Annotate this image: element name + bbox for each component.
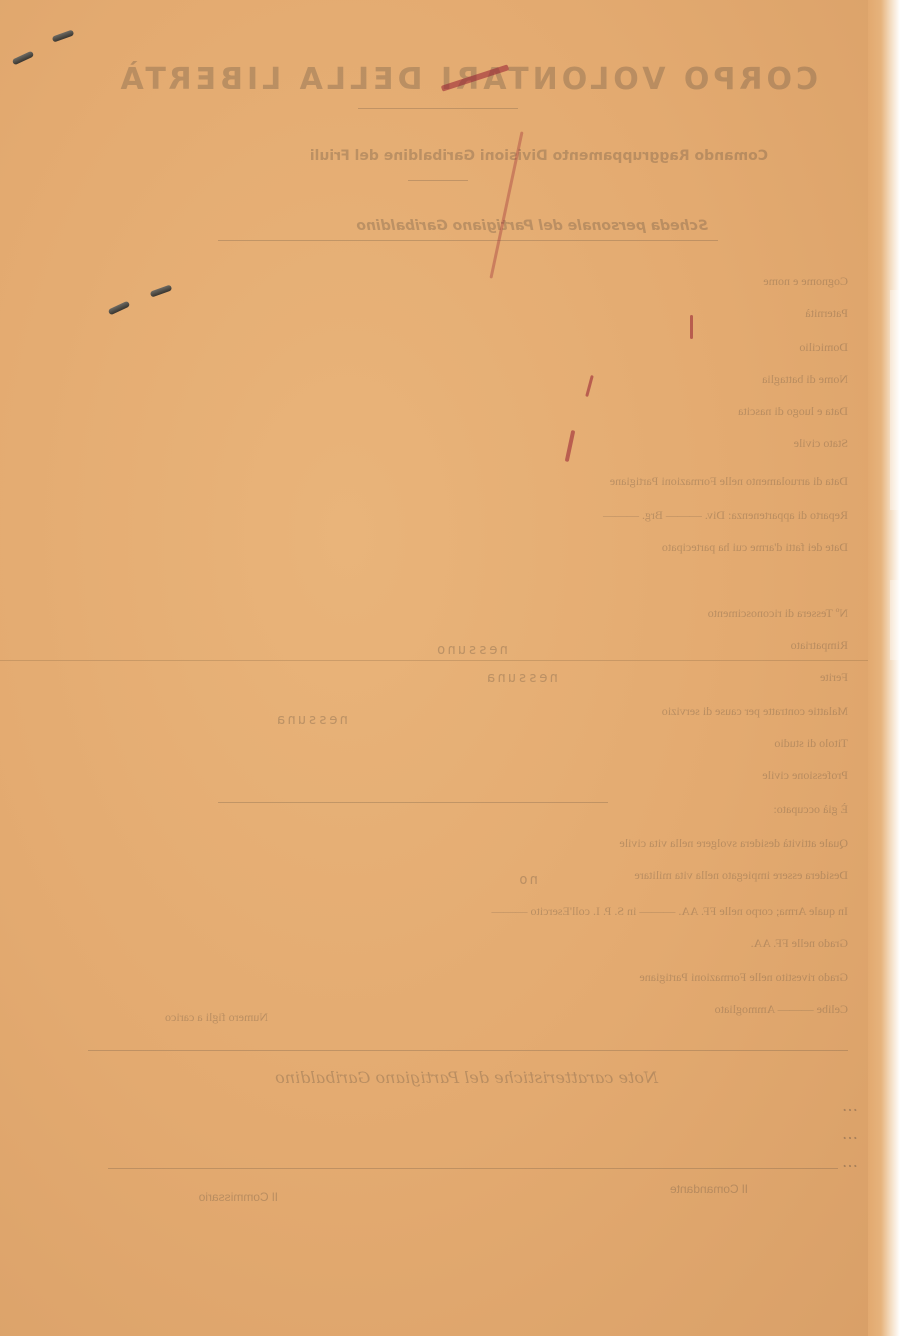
field-label: Cognome e nome: [763, 274, 848, 289]
field-label: È già occupato:: [773, 802, 848, 817]
notes-title: Note caratteristiche del Partigiano Gari…: [275, 1068, 658, 1087]
field-value: nessuno: [435, 642, 508, 658]
field-label: Grado nelle FF. AA.: [751, 936, 848, 951]
field-value: no: [517, 872, 538, 888]
field-label: Data e luogo di nascita: [738, 404, 848, 419]
field-label: Celibe ——— Ammogliato: [715, 1002, 848, 1017]
handwritten-note-line: …: [842, 1152, 858, 1171]
field-label: Stato civile: [794, 436, 848, 451]
handwritten-note-line: …: [842, 1096, 858, 1115]
field-label: Domicilio: [799, 340, 848, 355]
field-label: Grado rivestito nelle Formazioni Partigi…: [639, 970, 848, 985]
field-value: nessuna: [275, 712, 348, 728]
show-through-layer: CORPO VOLONTARI DELLA LIBERTÀ Comando Ra…: [0, 0, 868, 1336]
field-label: In quale Arma; corpo nelle FF. AA. ——— i…: [492, 904, 849, 919]
field-label: Reparto di appartenenza: Div. ——— Brg. —…: [603, 508, 848, 523]
comandante-label: Il Comandante: [670, 1182, 748, 1196]
field-value: Numero figli a carico: [165, 1010, 268, 1025]
field-label: Titolo di studio: [774, 736, 848, 751]
field-label: Quale attività desidera svolgere nella v…: [619, 836, 848, 851]
underlying-sheet-edge: [890, 290, 900, 510]
field-label: Rimpatriato: [791, 638, 848, 653]
notes-rule: [88, 1050, 848, 1051]
field-value: nessuna: [485, 670, 558, 686]
red-pencil-mark: [690, 315, 693, 339]
commissario-label: Il Commissario: [199, 1190, 278, 1204]
document-page: CORPO VOLONTARI DELLA LIBERTÀ Comando Ra…: [0, 0, 868, 1336]
field-rule: [218, 802, 608, 803]
underlying-sheet-edge: [890, 580, 900, 660]
show-through-heading: Scheda personale del Partigiano Garibald…: [356, 218, 708, 234]
title-rule: [358, 108, 518, 109]
field-label: Malattie contratte per cause di servizio: [662, 704, 848, 719]
page-edge: [868, 0, 900, 1336]
field-label: Nº Tessera di riconoscimento: [708, 606, 848, 621]
heading-rule: [218, 240, 718, 241]
field-label: Desidera essere impiegato nella vita mil…: [634, 868, 848, 883]
signature-rule: [108, 1168, 838, 1169]
field-label: Date dei fatti d'arme cui ha partecipato: [662, 540, 848, 555]
field-label: Ferite: [820, 670, 848, 685]
field-label: Professione civile: [762, 768, 848, 783]
subtitle-rule: [408, 180, 468, 181]
show-through-subtitle: Comando Raggruppamento Divisioni Garibal…: [310, 148, 768, 164]
field-label: Nome di battaglia: [762, 372, 848, 387]
handwritten-note-line: …: [842, 1124, 858, 1143]
field-label: Data di arruolamento nelle Formazioni Pa…: [610, 474, 848, 489]
field-label: Paternità: [805, 306, 848, 321]
